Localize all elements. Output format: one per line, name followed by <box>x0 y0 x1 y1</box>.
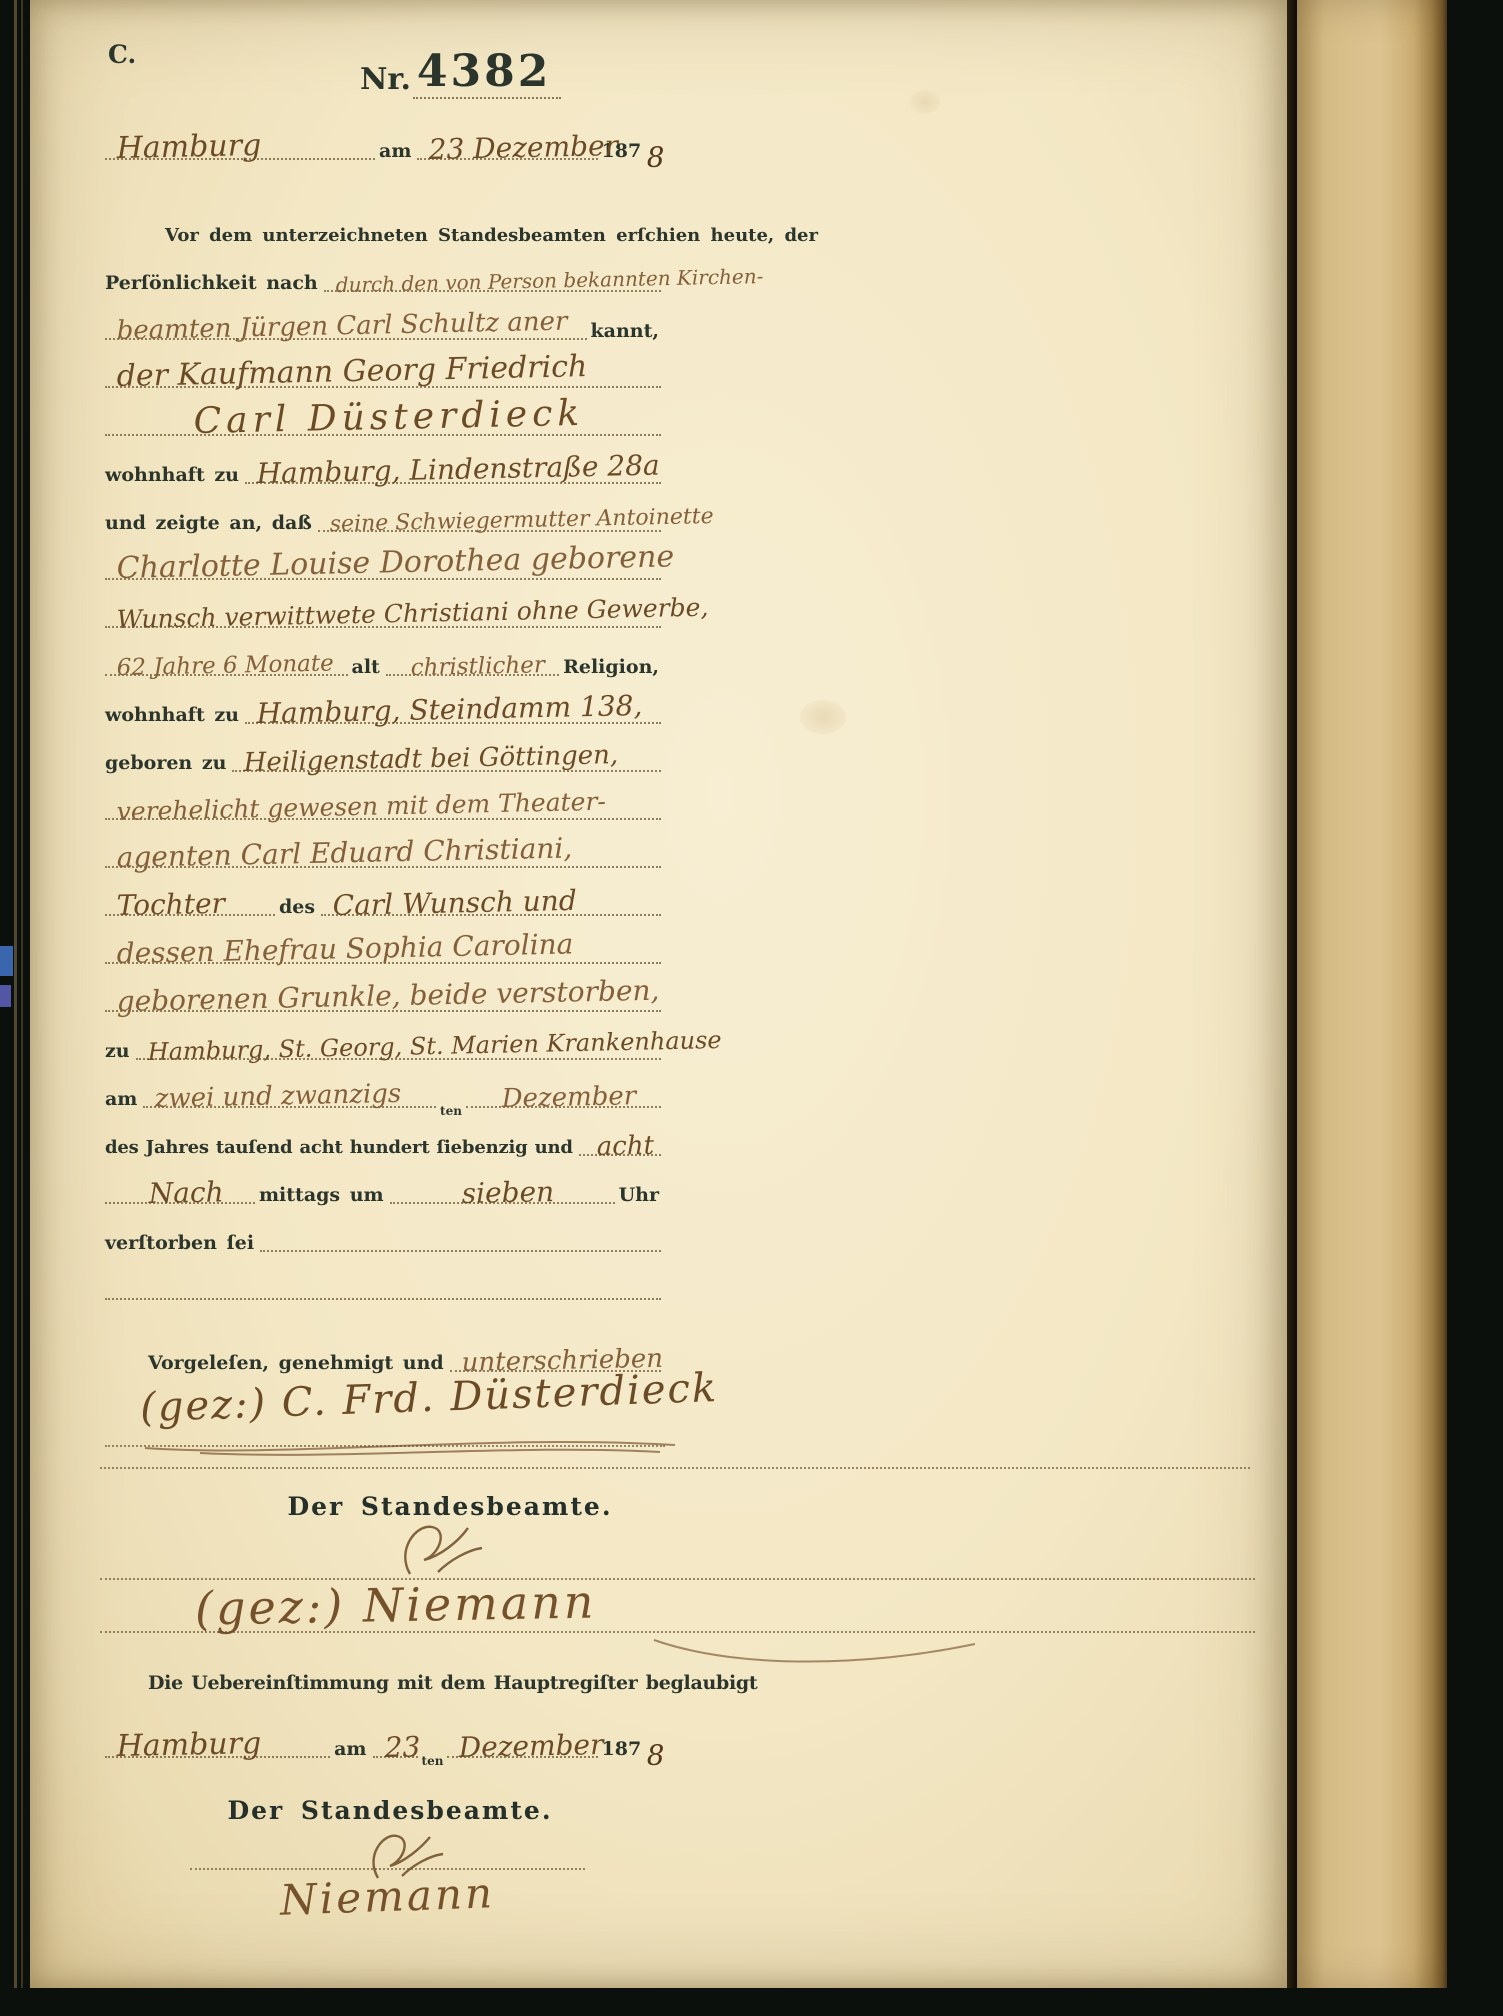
form-line: beamten Jürgen Carl Schultz aner kannt, <box>105 302 665 350</box>
form-line: Tochter des Carl Wunsch und <box>105 878 665 926</box>
dotted-fill-line <box>105 1298 661 1300</box>
dotted-fill-line: durch den von Person bekannten Kirchen- <box>324 269 661 292</box>
printed-text: geboren zu <box>105 752 226 774</box>
printed-text: des <box>279 896 315 918</box>
dotted-fill-line: Nach <box>105 1174 255 1204</box>
page-edge-mark-blue <box>0 985 11 1007</box>
form-line: der Kaufmann Georg Friedrich <box>105 350 665 398</box>
page-edge-mark-blue <box>0 946 13 976</box>
handwritten-year-digit: 8 <box>647 1742 665 1770</box>
dotted-fill-line: der Kaufmann Georg Friedrich <box>105 356 661 388</box>
book-gutter-shadow <box>1287 0 1297 1988</box>
form-line: wohnhaft zu Hamburg, Lindenstraße 28a <box>105 446 665 494</box>
form-line: Nach mittags um sieben Uhr <box>105 1166 665 1214</box>
printed-am-label: am <box>379 140 411 162</box>
handwritten-address: Hamburg, Lindenstraße 28a <box>256 452 660 488</box>
death-register-page: C. Nr. 4382 Hamburg am 23 Dezember 187 8… <box>30 0 1287 1988</box>
handwritten-text: verehelicht gewesen mit dem Theater- <box>116 789 606 824</box>
dotted-fill-line: Hamburg <box>105 1726 330 1758</box>
form-line: am zwei und zwanzigs ten Dezember <box>105 1070 665 1118</box>
form-line: Carl Düsterdieck <box>105 398 665 446</box>
printed-text: und zeigte an, daß <box>105 512 312 534</box>
signature-underline-flourish <box>140 1430 680 1458</box>
handwritten-address: Hamburg, Steindamm 138, <box>256 692 642 728</box>
dotted-fill-line: Tochter <box>105 886 275 916</box>
dotted-fill-line: acht <box>579 1128 661 1156</box>
record-number: Nr. 4382 <box>360 50 561 99</box>
record-number-value: 4382 <box>413 50 561 99</box>
handwritten-declarant-surname: Carl Düsterdieck <box>193 396 584 440</box>
handwritten-father-name: Carl Wunsch und <box>332 887 577 920</box>
dotted-fill-line: 62 Jahre 6 Monate <box>105 651 348 676</box>
printed-ordinal-suffix: ten <box>422 1754 444 1768</box>
dotted-fill-line <box>260 1250 661 1252</box>
paper-stain <box>800 700 846 734</box>
handwritten-age: 62 Jahre 6 Monate <box>117 652 334 680</box>
handwritten-birthplace: Heiligenstadt bei Göttingen, <box>244 742 619 776</box>
form-line: geboren zu Heiligenstadt bei Göttingen, <box>105 734 665 782</box>
printed-text: wohnhaft zu <box>105 704 239 726</box>
form-line: Charlotte Louise Dorothea geborene <box>105 542 665 590</box>
form-line: verſtorben ſei <box>105 1214 665 1262</box>
form-line: zu Hamburg, St. Georg, St. Marien Kranke… <box>105 1022 665 1070</box>
printed-text: kannt, <box>591 320 660 342</box>
printed-ordinal-suffix: ten <box>440 1104 462 1118</box>
dotted-fill-line: Hamburg, Lindenstraße 28a <box>245 454 661 484</box>
form-corner-letter: C. <box>108 40 136 69</box>
dotted-fill-line: Dezember <box>466 1080 661 1108</box>
dotted-fill-line: Heiligenstadt bei Göttingen, <box>232 744 661 772</box>
handwritten-declarant-name: der Kaufmann Georg Friedrich <box>116 352 587 392</box>
printed-text: des Jahres tauſend acht hundert ſiebenzi… <box>105 1137 573 1158</box>
dotted-fill-line: Dezember <box>447 1728 597 1758</box>
signature-tail-flourish <box>650 1630 980 1670</box>
form-line: geborenen Grunkle, beide verstorben, <box>105 974 665 1022</box>
dotted-fill-line: 23 <box>373 1728 418 1758</box>
registrar-signature: (gez:) Niemann <box>195 1579 597 1632</box>
handwritten-death-month: Dezember <box>502 1083 637 1112</box>
printed-text: alt <box>352 656 380 678</box>
printed-text: Religion, <box>563 656 659 678</box>
handwritten-death-year: acht <box>597 1133 655 1160</box>
handwritten-day: 23 <box>384 1733 420 1762</box>
dotted-fill-line: agenten Carl Eduard Christiani, <box>105 838 661 868</box>
handwritten-place: Hamburg <box>116 131 261 164</box>
handwritten-date: 23 Dezember <box>429 132 619 164</box>
handwritten-text: seine Schwiegermutter Antoinette <box>329 506 713 536</box>
dotted-fill-line <box>105 1445 665 1447</box>
form-body: Vor dem unterzeichneten Standesbeamten e… <box>105 206 665 1310</box>
printed-text: verſtorben ſei <box>105 1232 254 1254</box>
signature-paraph <box>380 1518 490 1580</box>
dotted-fill-line: 23 Dezember <box>417 130 597 160</box>
dotted-fill-line: Carl Düsterdieck <box>105 398 661 436</box>
form-line: und zeigte an, daß seine Schwiegermutter… <box>105 494 665 542</box>
printed-text: Vorgeleſen, genehmigt und <box>148 1352 444 1374</box>
dotted-fill-line: verehelicht gewesen mit dem Theater- <box>105 793 661 820</box>
handwritten-text: beamten Jürgen Carl Schultz aner <box>116 309 567 344</box>
record-number-label: Nr. <box>360 62 411 99</box>
handwritten-deceased-name: Charlotte Louise Dorothea geborene <box>116 542 674 584</box>
form-line: wohnhaft zu Hamburg, Steindamm 138, <box>105 686 665 734</box>
dotted-fill-line: Hamburg <box>105 128 375 160</box>
handwritten-death-hour: sieben <box>461 1178 554 1208</box>
dotted-fill-line: Wunsch verwittwete Christiani ohne Gewer… <box>105 601 661 628</box>
registrar-heading: Der Standesbeamte. <box>105 1796 675 1825</box>
handwritten-year-digit: 8 <box>647 144 665 172</box>
printed-text: zu <box>105 1040 130 1062</box>
dotted-fill-line <box>190 1868 585 1870</box>
form-line: 62 Jahre 6 Monate alt christlicher Relig… <box>105 638 665 686</box>
handwritten-place: Hamburg <box>116 1729 261 1762</box>
dotted-fill-line <box>100 1467 1250 1469</box>
dotted-fill-line: Charlotte Louise Dorothea geborene <box>105 548 661 580</box>
handwritten-month: Dezember <box>459 1731 604 1762</box>
dotted-fill-line: beamten Jürgen Carl Schultz aner <box>105 312 587 340</box>
handwritten-daytime: Nach <box>148 1178 223 1208</box>
form-line: Vor dem unterzeichneten Standesbeamten e… <box>105 206 665 254</box>
printed-text: Vor dem unterzeichneten Standesbeamten e… <box>165 225 818 246</box>
form-line: Wunsch verwittwete Christiani ohne Gewer… <box>105 590 665 638</box>
handwritten-religion: christlicher <box>411 654 546 680</box>
handwritten-text: Tochter <box>116 890 225 920</box>
form-line <box>105 1262 665 1310</box>
handwritten-death-day: zwei und zwanzigs <box>155 1081 402 1112</box>
certification-text: Die Uebereinſtimmung mit dem Hauptregiſt… <box>148 1672 757 1694</box>
dotted-fill-line: Hamburg, Steindamm 138, <box>245 694 661 724</box>
dotted-fill-line: geborenen Grunkle, beide verstorben, <box>105 982 661 1012</box>
printed-text: am <box>105 1088 137 1110</box>
stacked-pages-edge-line <box>14 0 17 1988</box>
handwritten-deceased-name: Wunsch verwittwete Christiani ohne Gewer… <box>116 595 708 632</box>
handwritten-mother-name: dessen Ehefrau Sophia Carolina <box>116 930 573 968</box>
dotted-fill-line <box>100 1631 1255 1633</box>
handwritten-spouse-name: agenten Carl Eduard Christiani, <box>116 834 572 872</box>
printed-am-label: am <box>334 1738 366 1760</box>
certification-dateline: Hamburg am 23 ten Dezember 187 8 <box>105 1712 665 1768</box>
stacked-pages-edge-line <box>21 0 23 1988</box>
adjacent-page-edge <box>1297 0 1447 1988</box>
paper-stain <box>910 90 940 114</box>
dotted-fill-line: sieben <box>390 1174 615 1204</box>
printed-text: Uhr <box>619 1184 659 1206</box>
form-line: dessen Ehefrau Sophia Carolina <box>105 926 665 974</box>
printed-text: Perſönlichkeit nach <box>105 272 318 294</box>
printed-text: wohnhaft zu <box>105 464 239 486</box>
form-line: Perſönlichkeit nach durch den von Person… <box>105 254 665 302</box>
dotted-fill-line: Hamburg, St. Georg, St. Marien Krankenha… <box>136 1034 661 1060</box>
dotted-fill-line: christlicher <box>386 651 559 676</box>
printed-text: mittags um <box>259 1184 384 1206</box>
form-line: verehelicht gewesen mit dem Theater- <box>105 782 665 830</box>
handwritten-death-place: Hamburg, St. Georg, St. Marien Krankenha… <box>147 1028 721 1064</box>
dotted-fill-line: zwei und zwanzigs <box>143 1080 436 1108</box>
form-line: des Jahres tauſend acht hundert ſiebenzi… <box>105 1118 665 1166</box>
dotted-fill-line: seine Schwiegermutter Antoinette <box>318 508 661 532</box>
dotted-fill-line: dessen Ehefrau Sophia Carolina <box>105 934 661 964</box>
handwritten-text: durch den von Person bekannten Kirchen- <box>335 266 763 295</box>
dateline: Hamburg am 23 Dezember 187 8 <box>105 112 665 170</box>
dotted-fill-line: Carl Wunsch und <box>321 886 661 916</box>
form-line: agenten Carl Eduard Christiani, <box>105 830 665 878</box>
printed-year-prefix: 187 <box>602 1738 642 1760</box>
registrar-heading: Der Standesbeamte. <box>105 1492 795 1521</box>
registrar-signature: Niemann <box>279 1872 495 1921</box>
handwritten-text: geborenen Grunkle, beide verstorben, <box>116 977 659 1016</box>
